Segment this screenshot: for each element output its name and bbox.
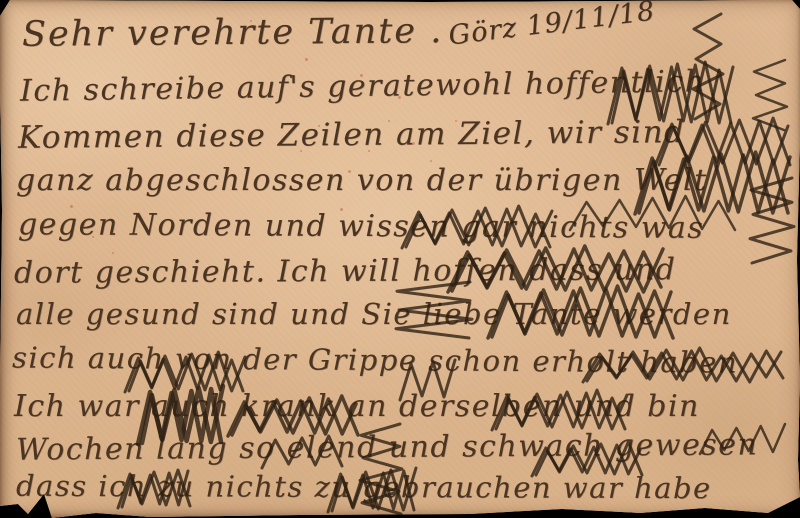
handwriting-line: alle gesund sind und Sie liebe Tante wer… — [16, 299, 732, 331]
date-location: Görz 19/11/18 — [447, 0, 657, 52]
handwriting-line: gegen Norden und wissen gar nichts was — [18, 208, 704, 245]
handwriting-line: ganz abgeschlossen von der übrigen Welt — [16, 164, 708, 197]
postcard-front: Görz 19/11/18 Sehr verehrte Tante . Ich … — [0, 0, 800, 518]
handwriting-line: Wochen lang so elend und schwach gewesen — [16, 428, 758, 466]
handwriting-line: Kommen diese Zeilen am Ziel, wir sind — [18, 115, 686, 155]
handwriting-line: sich auch von der Grippe schon erholt ha… — [12, 342, 738, 379]
censor-scribble — [753, 60, 787, 130]
red-ink-speck — [430, 160, 432, 162]
handwriting-line: dass ich zu nichts zu gebrauchen war hab… — [16, 471, 712, 505]
handwriting-line: dort geschieht. Ich will hoffen dass und — [14, 253, 677, 289]
red-ink-speck — [305, 58, 308, 61]
handwriting-line: Sehr verehrte Tante . — [22, 12, 444, 54]
handwriting-line: Ich schreibe auf's geratewohl hoffentlic… — [20, 65, 706, 108]
censor-scribble — [750, 178, 794, 263]
red-ink-speck — [112, 252, 114, 254]
handwriting-line: Ich war auch krank an derselben und bin — [14, 390, 700, 423]
